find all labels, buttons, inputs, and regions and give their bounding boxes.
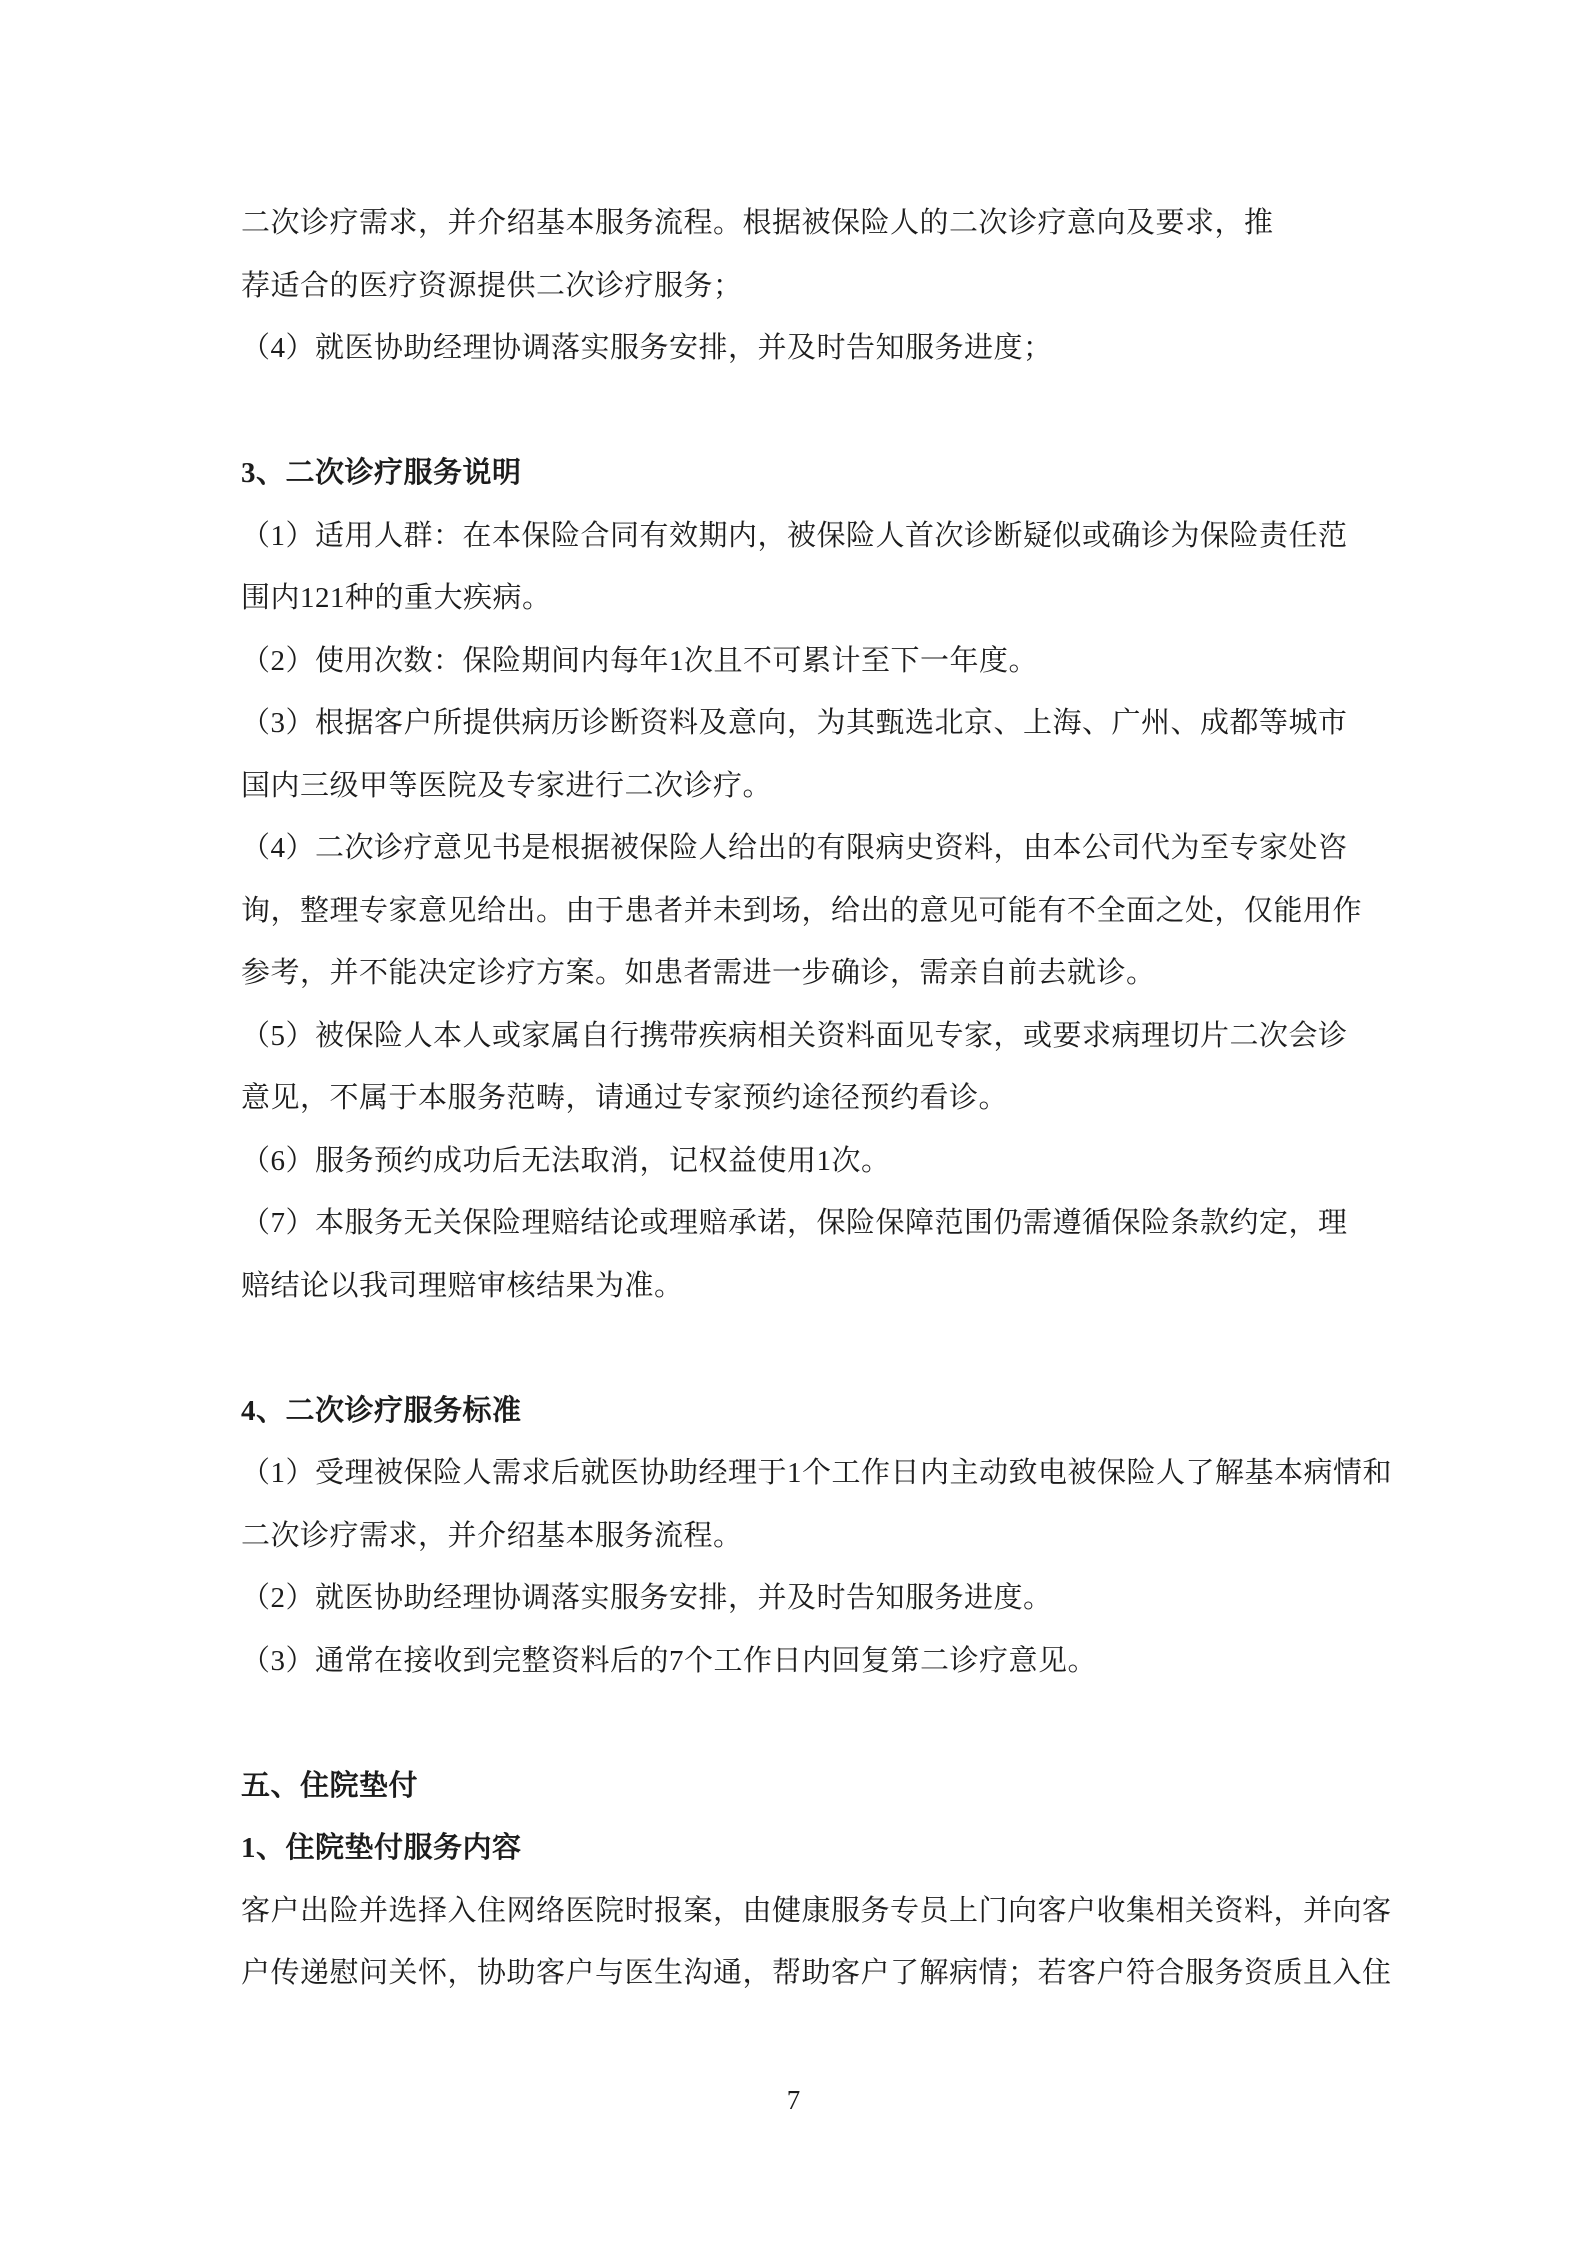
paragraph: （4）二次诊疗意见书是根据被保险人给出的有限病史资料，由本公司代为至专家处咨询，… [241,817,1351,1005]
paragraph: （1）受理被保险人需求后就医协助经理于1个工作日内主动致电被保险人了解基本病情和… [241,1442,1351,1567]
blank-line [241,380,1351,443]
text-line: 围内121种的重大疾病。 [241,567,1351,630]
text-line: 询，整理专家意见给出。由于患者并未到场，给出的意见可能有不全面之处，仅能用作 [241,880,1351,943]
paragraph: （3）根据客户所提供病历诊断资料及意向，为其甄选北京、上海、广州、成都等城市国内… [241,692,1351,817]
section-heading: 1、住院垫付服务内容 [241,1817,1351,1880]
text-line: 二次诊疗需求，并介绍基本服务流程。 [241,1505,1351,1568]
document-page: 二次诊疗需求，并介绍基本服务流程。根据被保险人的二次诊疗意向及要求，推荐适合的医… [0,0,1587,2245]
heading-line: 五、住院垫付 [241,1755,1351,1818]
blank-line [241,1317,1351,1380]
text-line: （5）被保险人本人或家属自行携带疾病相关资料面见专家，或要求病理切片二次会诊 [241,1005,1351,1068]
page-footer: 7 [0,2081,1587,2119]
paragraph: （7）本服务无关保险理赔结论或理赔承诺，保险保障范围仍需遵循保险条款约定，理赔结… [241,1192,1351,1317]
page-number: 7 [787,2085,801,2115]
text-line: 国内三级甲等医院及专家进行二次诊疗。 [241,755,1351,818]
text-line: （2）就医协助经理协调落实服务安排，并及时告知服务进度。 [241,1567,1351,1630]
section-heading: 五、住院垫付 [241,1755,1351,1818]
text-line: 荐适合的医疗资源提供二次诊疗服务； [241,255,1351,318]
text-line: 参考，并不能决定诊疗方案。如患者需进一步确诊，需亲自前去就诊。 [241,942,1351,1005]
text-line: （6）服务预约成功后无法取消，记权益使用1次。 [241,1130,1351,1193]
document-body: 二次诊疗需求，并介绍基本服务流程。根据被保险人的二次诊疗意向及要求，推荐适合的医… [241,192,1351,2005]
text-line: （7）本服务无关保险理赔结论或理赔承诺，保险保障范围仍需遵循保险条款约定，理 [241,1192,1351,1255]
text-line: 客户出险并选择入住网络医院时报案，由健康服务专员上门向客户收集相关资料，并向客 [241,1880,1351,1943]
section-heading: 3、二次诊疗服务说明 [241,442,1351,505]
text-line: （3）通常在接收到完整资料后的7个工作日内回复第二诊疗意见。 [241,1630,1351,1693]
text-line: （1）受理被保险人需求后就医协助经理于1个工作日内主动致电被保险人了解基本病情和 [241,1442,1351,1505]
heading-line: 3、二次诊疗服务说明 [241,442,1351,505]
heading-line: 1、住院垫付服务内容 [241,1817,1351,1880]
section-heading: 4、二次诊疗服务标准 [241,1380,1351,1443]
text-line: 户传递慰问关怀，协助客户与医生沟通，帮助客户了解病情；若客户符合服务资质且入住 [241,1942,1351,2005]
text-line: （4）就医协助经理协调落实服务安排，并及时告知服务进度； [241,317,1351,380]
paragraph: （2）使用次数：保险期间内每年1次且不可累计至下一年度。 [241,630,1351,693]
paragraph: （3）通常在接收到完整资料后的7个工作日内回复第二诊疗意见。 [241,1630,1351,1693]
text-line: （2）使用次数：保险期间内每年1次且不可累计至下一年度。 [241,630,1351,693]
heading-line: 4、二次诊疗服务标准 [241,1380,1351,1443]
text-line: 意见，不属于本服务范畴，请通过专家预约途径预约看诊。 [241,1067,1351,1130]
paragraph: 客户出险并选择入住网络医院时报案，由健康服务专员上门向客户收集相关资料，并向客户… [241,1880,1351,2005]
paragraph: （2）就医协助经理协调落实服务安排，并及时告知服务进度。 [241,1567,1351,1630]
text-line: （1）适用人群：在本保险合同有效期内，被保险人首次诊断疑似或确诊为保险责任范 [241,505,1351,568]
paragraph: （1）适用人群：在本保险合同有效期内，被保险人首次诊断疑似或确诊为保险责任范围内… [241,505,1351,630]
text-line: （3）根据客户所提供病历诊断资料及意向，为其甄选北京、上海、广州、成都等城市 [241,692,1351,755]
blank-line [241,1692,1351,1755]
document-viewport: { "colors": { "background": "#ffffff", "… [0,0,1587,2245]
text-line: 二次诊疗需求，并介绍基本服务流程。根据被保险人的二次诊疗意向及要求，推 [241,192,1351,255]
text-line: （4）二次诊疗意见书是根据被保险人给出的有限病史资料，由本公司代为至专家处咨 [241,817,1351,880]
paragraph: （6）服务预约成功后无法取消，记权益使用1次。 [241,1130,1351,1193]
paragraph: 二次诊疗需求，并介绍基本服务流程。根据被保险人的二次诊疗意向及要求，推荐适合的医… [241,192,1351,317]
paragraph: （4）就医协助经理协调落实服务安排，并及时告知服务进度； [241,317,1351,380]
text-line: 赔结论以我司理赔审核结果为准。 [241,1255,1351,1318]
paragraph: （5）被保险人本人或家属自行携带疾病相关资料面见专家，或要求病理切片二次会诊意见… [241,1005,1351,1130]
